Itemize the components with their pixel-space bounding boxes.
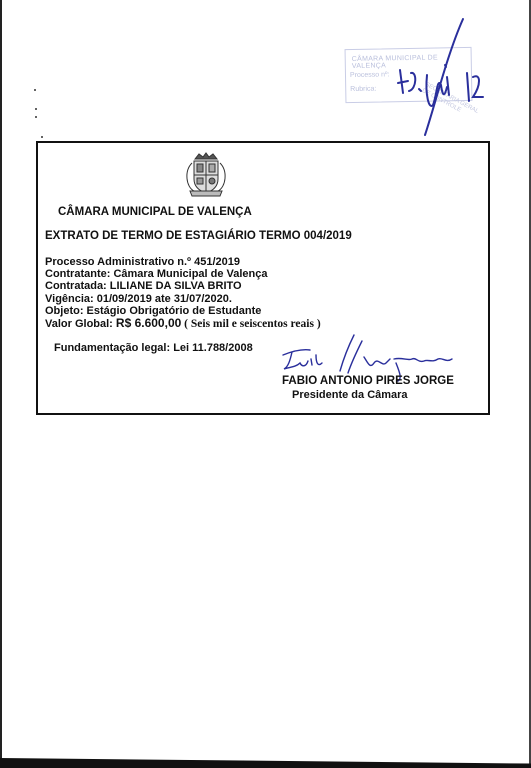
scan-speck [35, 108, 37, 110]
scan-speck [34, 89, 36, 91]
scan-speck [35, 116, 37, 118]
field-processo: Processo Administrativo n.º 451/2019 [45, 256, 321, 268]
field-contratante: Contratante: Câmara Municipal de Valença [45, 268, 321, 280]
scan-speck [41, 136, 43, 138]
valor-words: ( Seis mil e seiscentos reais ) [181, 318, 320, 330]
scan-edge-left [0, 0, 2, 768]
valor-amount: R$ 6.600,00 [116, 316, 181, 330]
coat-of-arms-icon [178, 151, 233, 199]
signer-name: FABIO ANTONIO PIRES JORGE [282, 375, 454, 387]
field-contratada: Contratada: LILIANE DA SILVA BRITO [45, 280, 321, 292]
scan-edge-bottom [0, 758, 531, 768]
document-title: EXTRATO DE TERMO DE ESTAGIÁRIO TERMO 004… [45, 230, 352, 242]
stamp-processo-label: Processo nº: [350, 71, 390, 79]
organization-name: CÂMARA MUNICIPAL DE VALENÇA [58, 206, 252, 218]
stamp-rubrica-label: Rubrica: [350, 86, 376, 93]
legal-basis: Fundamentação legal: Lei 11.788/2008 [54, 342, 253, 354]
valor-label: Valor Global: [45, 318, 116, 330]
contract-fields: Processo Administrativo n.º 451/2019 Con… [45, 256, 321, 330]
field-objeto: Objeto: Estágio Obrigatório de Estudante [45, 305, 321, 317]
field-valor: Valor Global: R$ 6.600,00 ( Seis mil e s… [45, 317, 321, 330]
field-vigencia: Vigência: 01/09/2019 ate 31/07/2020. [45, 293, 321, 305]
signer-role: Presidente da Câmara [292, 389, 408, 401]
extract-box: CÂMARA MUNICIPAL DE VALENÇA EXTRATO DE T… [36, 141, 490, 415]
handwritten-rubric-icon [395, 15, 485, 140]
